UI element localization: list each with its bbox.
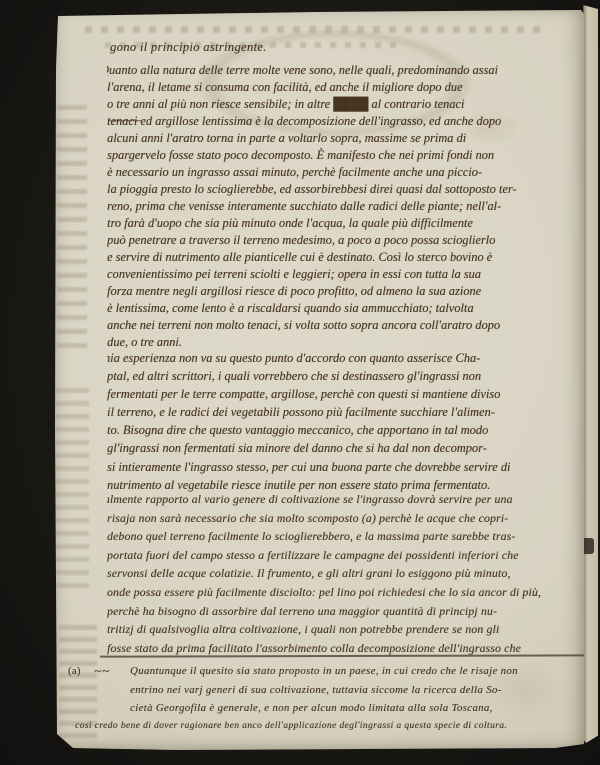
- manuscript-page: gono il principio astringente. (13)Quant…: [55, 8, 584, 750]
- text-line: reno, prima che venisse interamente succ…: [107, 198, 584, 215]
- text-line: e servire di nutrimento alle pianticelle…: [107, 249, 584, 266]
- text-line: alcuni anni l'aratro torna in parte a vo…: [107, 130, 584, 147]
- text-line: la pioggia presto lo scioglierebbe, ed a…: [107, 181, 584, 198]
- text-line: servonsi delle acque colatizie. Il frume…: [107, 564, 584, 583]
- text-line: to. Bisogna dire che questo vantaggio me…: [107, 421, 584, 439]
- footnote-line: entrino nei varj generi di sua coltivazi…: [130, 681, 590, 700]
- text-line: convenientissimo pei terreni sciolti e l…: [107, 266, 584, 283]
- footnote-dash: ~~: [94, 662, 110, 681]
- underlying-page-edge: [583, 5, 598, 743]
- text-line: perchè ha bisogno di assorbire dal terre…: [107, 602, 584, 621]
- text-line: fermentati per le terre compatte, argill…: [107, 385, 584, 403]
- text-line: portata fuori del campo stesso a fertili…: [107, 546, 584, 565]
- text-line: (15)Finalmente rapporto al vario genere …: [107, 490, 584, 509]
- text-line: spargervelo fosse stato poco decomposto.…: [107, 147, 584, 164]
- text-line: debono quel terreno facilmente lo sciogl…: [107, 527, 584, 546]
- handwritten-text-layer: gono il principio astringente. (13)Quant…: [55, 8, 584, 750]
- text-line: si intieramente l'ingrasso stesso, per c…: [107, 458, 584, 476]
- text-line: il terreno, e le radici dei vegetabili p…: [107, 403, 584, 421]
- text-line: risaja non sarà necessario che sia molto…: [107, 509, 584, 528]
- text-line: tritizj di qualsivoglia altra coltivazio…: [107, 620, 584, 639]
- text-line: (14)La mia esperienza non va su questo p…: [107, 349, 584, 367]
- footnote: (a) ~~ Quantunque il quesito sia stato p…: [130, 662, 590, 734]
- footnote-line: così credo bene di dover ragionare ben a…: [75, 718, 590, 734]
- text-line: forza mentre negli argillosi riesce di p…: [107, 283, 584, 300]
- text-line: anche nei terreni non molto tenaci, si v…: [107, 317, 584, 334]
- text-line: gl'ingrassi non fermentati sia minore de…: [107, 439, 584, 457]
- opening-line: gono il principio astringente.: [110, 40, 267, 55]
- scanner-bed: gono il principio astringente. (13)Quant…: [0, 0, 600, 765]
- footnote-line: Quantunque il quesito sia stato proposto…: [130, 662, 590, 681]
- text-line: ptal, ed altri scrittori, i quali vorreb…: [107, 367, 584, 385]
- paragraph-14: (14)La mia esperienza non va su questo p…: [107, 349, 584, 494]
- text-line: t̶e̶n̶a̶c̶i̶ ed argillose lentissima è l…: [107, 113, 584, 130]
- text-line: l'arena, il letame si consuma con facili…: [107, 79, 584, 96]
- paragraph-13: (13)Quanto alla natura delle terre molte…: [107, 62, 584, 351]
- paragraph-15: (15)Finalmente rapporto al vario genere …: [107, 490, 584, 657]
- text-line: o tre anni al più non riesce sensibile; …: [107, 96, 584, 113]
- text-line: tro farà d'uopo che sia più minuto onde …: [107, 215, 584, 232]
- footnote-lines: Quantunque il quesito sia stato proposto…: [130, 662, 590, 734]
- text-line: (13)Quanto alla natura delle terre molte…: [107, 62, 584, 79]
- text-line: è necessario un ingrasso assai minuto, p…: [107, 164, 584, 181]
- footnote-line: cietà Georgofila è generale, e non per a…: [130, 699, 590, 718]
- text-line: può penetrare a traverso il terreno mede…: [107, 232, 584, 249]
- text-line: è lentissima, come lento è a riscaldarsi…: [107, 300, 584, 317]
- footnote-marker: (a): [68, 663, 81, 682]
- text-line: onde possa essere più facilmente disciol…: [107, 583, 584, 602]
